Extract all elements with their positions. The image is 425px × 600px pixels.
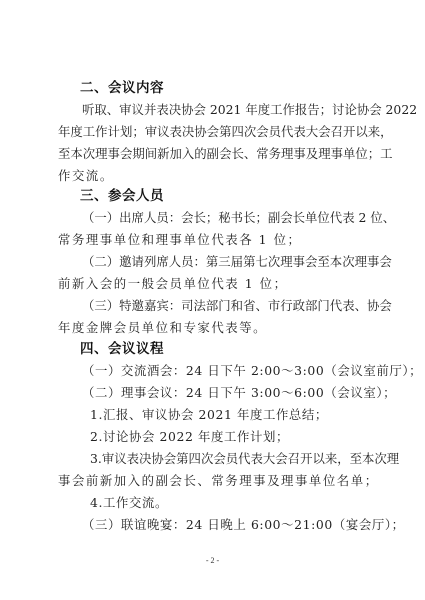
agenda-item: （一）交流酒会：24 日下午 2:00～3:00（会议室前厅）； <box>82 363 368 379</box>
page-number: - 2 - <box>0 556 425 566</box>
paragraph-line: （二）邀请列席人员：第三届第七次理事会至本次理事会 <box>82 254 368 270</box>
section-heading-agenda: 四、会议议程 <box>80 341 164 357</box>
agenda-subitem: 2.讨论协会 2022 年度工作计划； <box>90 429 368 445</box>
paragraph-line: 事会前新加入的副会长、常务理事及理事单位名单； <box>58 473 368 489</box>
agenda-item: （三）联谊晚宴：24 日晚上 6:00～21:00（宴会厅）； <box>82 517 368 533</box>
agenda-item: （二）理事会议：24 日下午 3:00～6:00（会议室）； <box>82 385 368 401</box>
agenda-subitem: 4.工作交流。 <box>90 495 368 511</box>
paragraph-line: 至本次理事会期间新加入的副会长、常务理事及理事单位；工 <box>58 146 368 162</box>
paragraph-line: 作交流。 <box>58 168 368 184</box>
paragraph-line: 年度工作计划；审议表决协会第四次会员代表大会召开以来， <box>58 124 368 140</box>
paragraph-line: （三）特邀嘉宾：司法部门和省、市行政部门代表、协会 <box>82 298 368 314</box>
agenda-subitem: 1.汇报、审议协会 2021 年度工作总结； <box>90 407 368 423</box>
paragraph-line: 前新入会的一般会员单位代表 1 位； <box>58 276 368 292</box>
section-heading-attendees: 三、参会人员 <box>80 188 164 204</box>
paragraph-line: 听取、审议并表决协会 2021 年度工作报告；讨论协会 2022 <box>82 102 368 118</box>
document-page: 二、会议内容 听取、审议并表决协会 2021 年度工作报告；讨论协会 2022 … <box>0 0 425 600</box>
agenda-subitem: 3.审议表决协会第四次会员代表大会召开以来，至本次理 <box>90 451 368 467</box>
paragraph-line: 年度金牌会员单位和专家代表等。 <box>58 320 368 336</box>
paragraph-line: 常务理事单位和理事单位代表各 1 位； <box>58 232 368 248</box>
paragraph-line: （一）出席人员：会长；秘书长；副会长单位代表 2 位、 <box>82 210 368 226</box>
section-heading-meeting-content: 二、会议内容 <box>80 80 164 96</box>
